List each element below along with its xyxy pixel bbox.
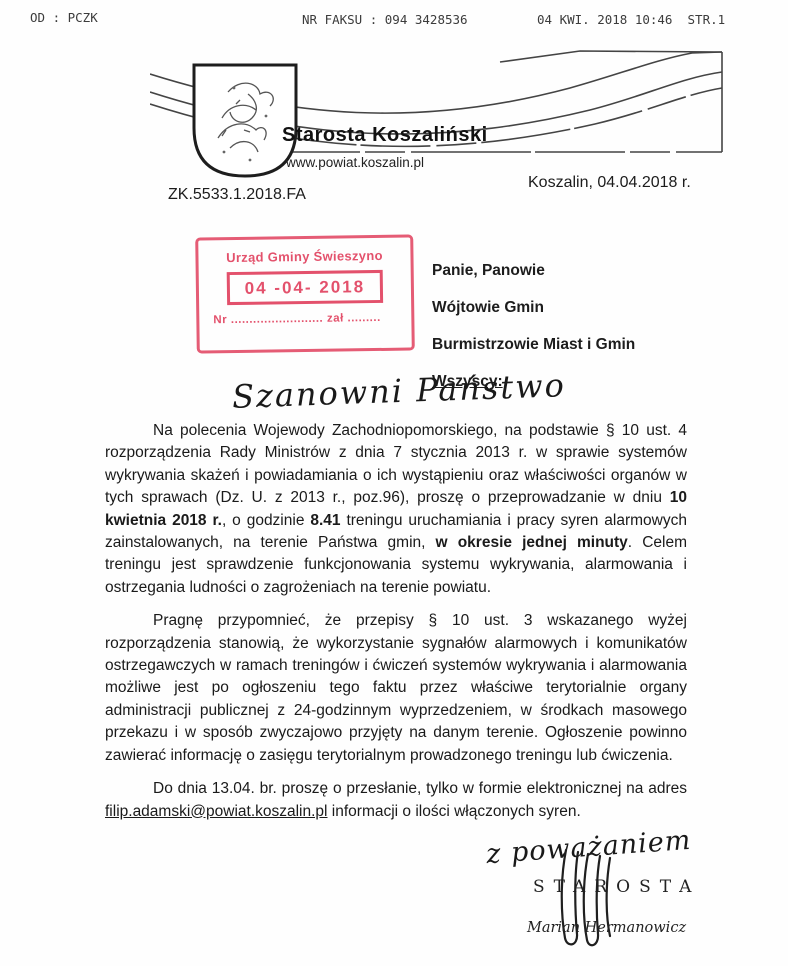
fax-sender: OD : PCZK bbox=[30, 10, 98, 25]
office-title: Starosta Koszaliński bbox=[282, 124, 488, 147]
p1-bold-time: 8.41 bbox=[310, 512, 340, 529]
letter-body: Na polecenia Wojewody Zachodniopomorskie… bbox=[105, 420, 687, 834]
paragraph-3: Do dnia 13.04. br. proszę o przesłanie, … bbox=[105, 778, 687, 823]
stamp-nr-label: Nr bbox=[213, 314, 227, 326]
fax-datetime-page: 04 KWI. 2018 10:46 STR.1 bbox=[537, 12, 725, 27]
reference-number: ZK.5533.1.2018.FA bbox=[168, 186, 306, 204]
fax-number: NR FAKSU : 094 3428536 bbox=[302, 12, 468, 27]
p1-text: , o godzinie bbox=[222, 512, 310, 529]
stamp-office-name: Urząd Gminy Świeszyno bbox=[198, 248, 410, 266]
stamp-number-line: Nr ......................... zał .......… bbox=[213, 312, 411, 327]
paragraph-1: Na polecenia Wojewody Zachodniopomorskie… bbox=[105, 420, 687, 599]
stamp-zal-dots: ......... bbox=[347, 312, 380, 324]
signer-name: Marian Hermanowicz bbox=[527, 920, 686, 936]
receipt-stamp: Urząd Gminy Świeszyno 04 -04- 2018 Nr ..… bbox=[195, 234, 415, 353]
stamp-nr-dots: ......................... bbox=[231, 313, 324, 326]
paragraph-2: Pragnę przypomnieć, że przepisy § 10 ust… bbox=[105, 610, 687, 767]
handwritten-greeting: Szanowni Państwo bbox=[231, 366, 566, 416]
p3-text: Do dnia 13.04. br. proszę o przesłanie, … bbox=[153, 780, 687, 797]
recipient-line-3: Burmistrzowie Miast i Gmin bbox=[432, 326, 635, 363]
fax-document-page: OD : PCZK NR FAKSU : 094 3428536 04 KWI.… bbox=[0, 0, 788, 966]
recipient-line-2: Wójtowie Gmin bbox=[432, 289, 635, 326]
stamp-date-box: 04 -04- 2018 bbox=[227, 270, 383, 305]
p1-text: Na polecenia Wojewody Zachodniopomorskie… bbox=[105, 422, 687, 506]
place-and-date: Koszalin, 04.04.2018 r. bbox=[528, 174, 691, 192]
website-url: www.powiat.koszalin.pl bbox=[286, 155, 424, 170]
p3-text: informacji o ilości włączonych syren. bbox=[328, 803, 581, 820]
p1-bold-duration: w okresie jednej minuty bbox=[436, 534, 628, 551]
email-address: filip.adamski@powiat.koszalin.pl bbox=[105, 803, 328, 820]
stamp-zal-label: zał bbox=[327, 312, 344, 324]
recipient-line-1: Panie, Panowie bbox=[432, 252, 635, 289]
stamp-date: 04 -04- 2018 bbox=[245, 277, 366, 298]
